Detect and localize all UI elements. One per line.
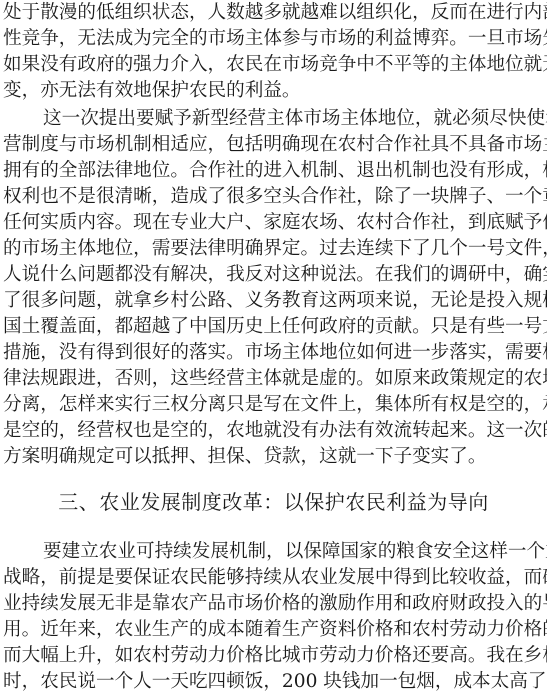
text-line: 战略，前提是要保证农民能够持续从农业发展中得到比较收益，而确保农 <box>3 565 544 591</box>
text-line: 处于散漫的低组织状态，人数越多就越难以组织化，反而在进行内部的恶 <box>3 0 544 26</box>
text-line: 国土覆盖面，都超越了中国历史上任何政府的贡献。只是有些一号文件的 <box>3 314 544 340</box>
text-line: 措施，没有得到很好的落实。市场主体地位如何进一步落实，需要相关法 <box>3 340 544 366</box>
text-line: 业持续发展无非是靠农产品市场价格的激励作用和政府财政投入的导向作 <box>3 591 544 617</box>
text-line: 时，农民说一个人一天吃四顿饭，200 块钱加一包烟，成本太高了，根本请 <box>3 669 544 695</box>
text-line: 人说什么问题都没有解决，我反对这种说法。在我们的调研中，确实解决 <box>3 262 544 288</box>
text-line: 性竞争，无法成为完全的市场主体参与市场的利益博弈。一旦市场失灵， <box>3 26 544 52</box>
text-line: 任何实质内容。现在专业大户、家庭农场、农村合作社，到底赋予什么样 <box>3 210 544 236</box>
text-line: 这一次提出要赋予新型经营主体市场主体地位，就必须尽快使农业经 <box>3 106 544 132</box>
text-line: 而大幅上升，如农村劳动力价格比城市劳动力价格还要高。我在乡村调研 <box>3 643 544 669</box>
text-line: 变，亦无法有效地保护农民的利益。 <box>3 78 544 104</box>
section-heading: 三、农业发展制度改革：以保护农民利益为导向 <box>3 487 544 517</box>
text-line: 拥有的全部法律地位。合作社的进入机制、退出机制也没有形成，相关的 <box>3 158 544 184</box>
text-line: 要建立农业可持续发展机制，以保障国家的粮食安全这样一个重大的 <box>3 539 544 565</box>
text-line: 分离，怎样来实行三权分离只是写在文件上，集体所有权是空的，承包权 <box>3 392 544 418</box>
text-line: 是空的，经营权也是空的，农地就没有办法有效流转起来。这一次的实施 <box>3 418 544 444</box>
text-line: 营制度与市场机制相适应，包括明确现在农村合作社具不具备市场主体所 <box>3 132 544 158</box>
text-line: 如果没有政府的强力介入，农民在市场竞争中不平等的主体地位就无法改 <box>3 52 544 78</box>
text-line: 方案明确规定可以抵押、担保、贷款，这就一下子变实了。 <box>3 444 544 470</box>
text-line: 的市场主体地位，需要法律明确界定。过去连续下了几个一号文件，有些 <box>3 236 544 262</box>
text-line: 律法规跟进，否则，这些经营主体就是虚的。如原来政策规定的农地三权 <box>3 366 544 392</box>
text-line: 用。近年来，农业生产的成本随着生产资料价格和农村劳动力价格的上涨 <box>3 617 544 643</box>
text-line: 了很多问题，就拿乡村公路、义务教育这两项来说，无论是投入规模还是 <box>3 288 544 314</box>
text-line: 权利也不是很清晰，造成了很多空头合作社，除了一块牌子、一个章子无 <box>3 184 544 210</box>
